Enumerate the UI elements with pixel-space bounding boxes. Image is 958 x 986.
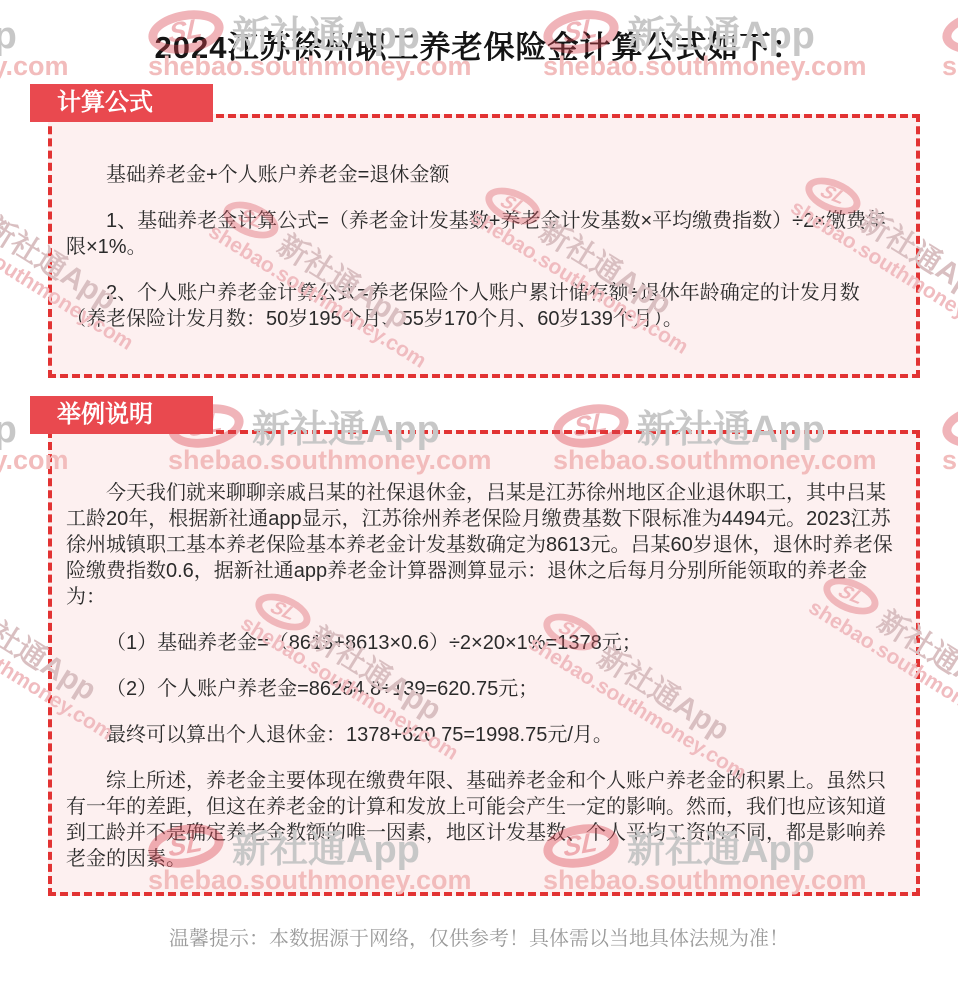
personal-account-pension-formula: 2、个人账户养老金计算公式=养老保险个人账户累计储存额÷退休年龄确定的计发月数（… — [66, 280, 896, 332]
example-personal-account-calc: （2）个人账户养老金=86284.8÷139=620.75元； — [66, 676, 896, 702]
page-title: 2024江苏徐州职工养老保险金计算公式如下： — [0, 22, 958, 67]
basic-pension-formula: 1、基础养老金计算公式=（养老金计发基数+养老金计发基数×平均缴费指数）÷2×缴… — [66, 208, 896, 260]
example-final-result: 最终可以算出个人退休金：1378+620.75=1998.75元/月。 — [66, 722, 896, 748]
pension-infographic-page: SL新社通App shebao.southmoney.com SL新社通App … — [0, 0, 958, 986]
formula-box: 基础养老金+个人账户养老金=退休金额 1、基础养老金计算公式=（养老金计发基数+… — [48, 114, 920, 378]
example-basic-pension-calc: （1）基础养老金=（8613+8613×0.6）÷2×20×1%=1378元； — [66, 630, 896, 656]
footer-disclaimer: 温馨提示：本数据源于网络，仅供参考！具体需以当地具体法规为准！ — [0, 922, 958, 951]
example-box: 今天我们就来聊聊亲戚吕某的社保退休金，吕某是江苏徐州地区企业退休职工，其中吕某工… — [48, 430, 920, 896]
watermark-cluster: SL新社通App shebao.southmoney.com — [942, 398, 958, 476]
example-intro: 今天我们就来聊聊亲戚吕某的社保退休金，吕某是江苏徐州地区企业退休职工，其中吕某工… — [66, 480, 896, 610]
example-summary: 综上所述，养老金主要体现在缴费年限、基础养老金和个人账户养老金的积累上。虽然只有… — [66, 768, 896, 872]
watermark-app-name: 新社通App — [0, 398, 17, 453]
section-label-formula: 计算公式 — [30, 84, 213, 122]
watermark-site-url: shebao.southmoney.com — [942, 445, 958, 476]
shetong-logo-icon: SL — [939, 398, 958, 453]
pension-total-formula: 基础养老金+个人账户养老金=退休金额 — [66, 162, 896, 188]
section-label-example: 举例说明 — [30, 396, 213, 434]
